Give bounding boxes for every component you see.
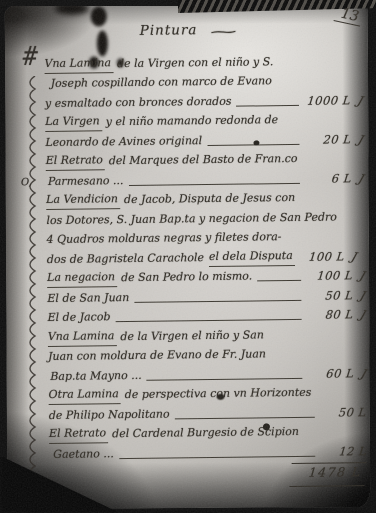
entry-text: El de San Juan xyxy=(47,288,129,307)
entry-lead-underlined: Vna Lamina xyxy=(48,327,117,347)
rule-line xyxy=(147,377,303,380)
entry-amount: 12 L xyxy=(320,442,368,461)
manuscript-photo: 13 Pintura~ #Vna Laminade la Virgen con … xyxy=(0,0,376,513)
entry-text: Leonardo de Avines original xyxy=(45,132,202,152)
entry-text: y el niño mamando redonda de xyxy=(106,111,279,131)
entry-amount: 100 L xyxy=(298,247,346,266)
entry-lead-underlined: La negacion xyxy=(47,268,117,288)
title-flourish: ~ xyxy=(208,25,244,39)
entry-lead-underlined: La Virgen xyxy=(45,112,102,132)
entry-lead-underlined: La Vendicion xyxy=(46,190,120,210)
page-title-text: Pintura xyxy=(140,22,198,39)
entry-list: #Vna Laminade la Virgen con el niño y S.… xyxy=(44,50,367,463)
entry-text: del Cardenal Burgesio de Scipion xyxy=(112,423,299,443)
total-row: 1478 L xyxy=(49,462,367,490)
entry-text: Parmesano ... xyxy=(48,172,124,191)
entry-line: Gaetano ...12 L xyxy=(49,440,367,463)
rule-line xyxy=(116,319,302,322)
entry-text: de la Virgen el niño y San xyxy=(120,326,264,346)
rule-line xyxy=(119,455,315,458)
entry-text: y esmaltado con bronces dorados xyxy=(45,92,232,112)
margin-mark: # xyxy=(20,45,40,68)
entry-amount: 1000 L xyxy=(304,91,352,110)
margin-mark: O, xyxy=(21,174,32,192)
entry-text: El de Jacob xyxy=(47,308,110,327)
entry-text: de San Pedro lo mismo. xyxy=(121,267,252,287)
entry-text: de la Virgen con el niño y S. xyxy=(117,53,274,73)
entry-amount: 20 L xyxy=(304,130,352,149)
rule-line xyxy=(129,182,300,185)
left-margin-flourish-line xyxy=(24,76,40,513)
entry-amount: 50 L xyxy=(306,286,354,305)
page-title: Pintura~ xyxy=(44,20,362,54)
rule-line xyxy=(134,299,301,302)
manuscript-text: Pintura~ #Vna Laminade la Virgen con el … xyxy=(44,20,368,489)
entry-amount: 80 L xyxy=(307,305,355,324)
entry-amount: 6 L xyxy=(305,169,353,188)
entry-lead-underlined: Vna Lamina xyxy=(44,54,113,74)
entry-text: Bap.ta Mayno ... xyxy=(50,366,142,385)
entry-text: de Philipo Napolitano xyxy=(49,405,170,424)
entry-amount: 50 L xyxy=(320,403,368,422)
entry-text: dos de Bagristela Carachole xyxy=(47,249,204,269)
ink-blot xyxy=(253,140,259,145)
entry-tail-underlined: el dela Disputa xyxy=(209,246,295,266)
ink-blot xyxy=(263,423,270,430)
entry-text: del Marques del Basto de Fran.co xyxy=(109,150,298,170)
rule-line xyxy=(236,104,299,106)
entry-text: de Jacob, Disputa de Jesus con xyxy=(124,189,295,209)
rule-line xyxy=(257,280,301,282)
page-top-edge xyxy=(0,0,195,6)
entry-lead-underlined: Otra Lamina xyxy=(48,385,120,405)
rule-line xyxy=(175,416,315,419)
entry-lead-underlined: El Retrato xyxy=(49,424,108,444)
total-amount: 1478 L xyxy=(289,462,366,487)
entry-amount: 100 L xyxy=(306,266,354,285)
entry-text: Gaetano ... xyxy=(53,445,114,464)
entry-lead-underlined: El Retrato xyxy=(46,151,105,171)
entry-amount: 60 L xyxy=(307,364,355,383)
